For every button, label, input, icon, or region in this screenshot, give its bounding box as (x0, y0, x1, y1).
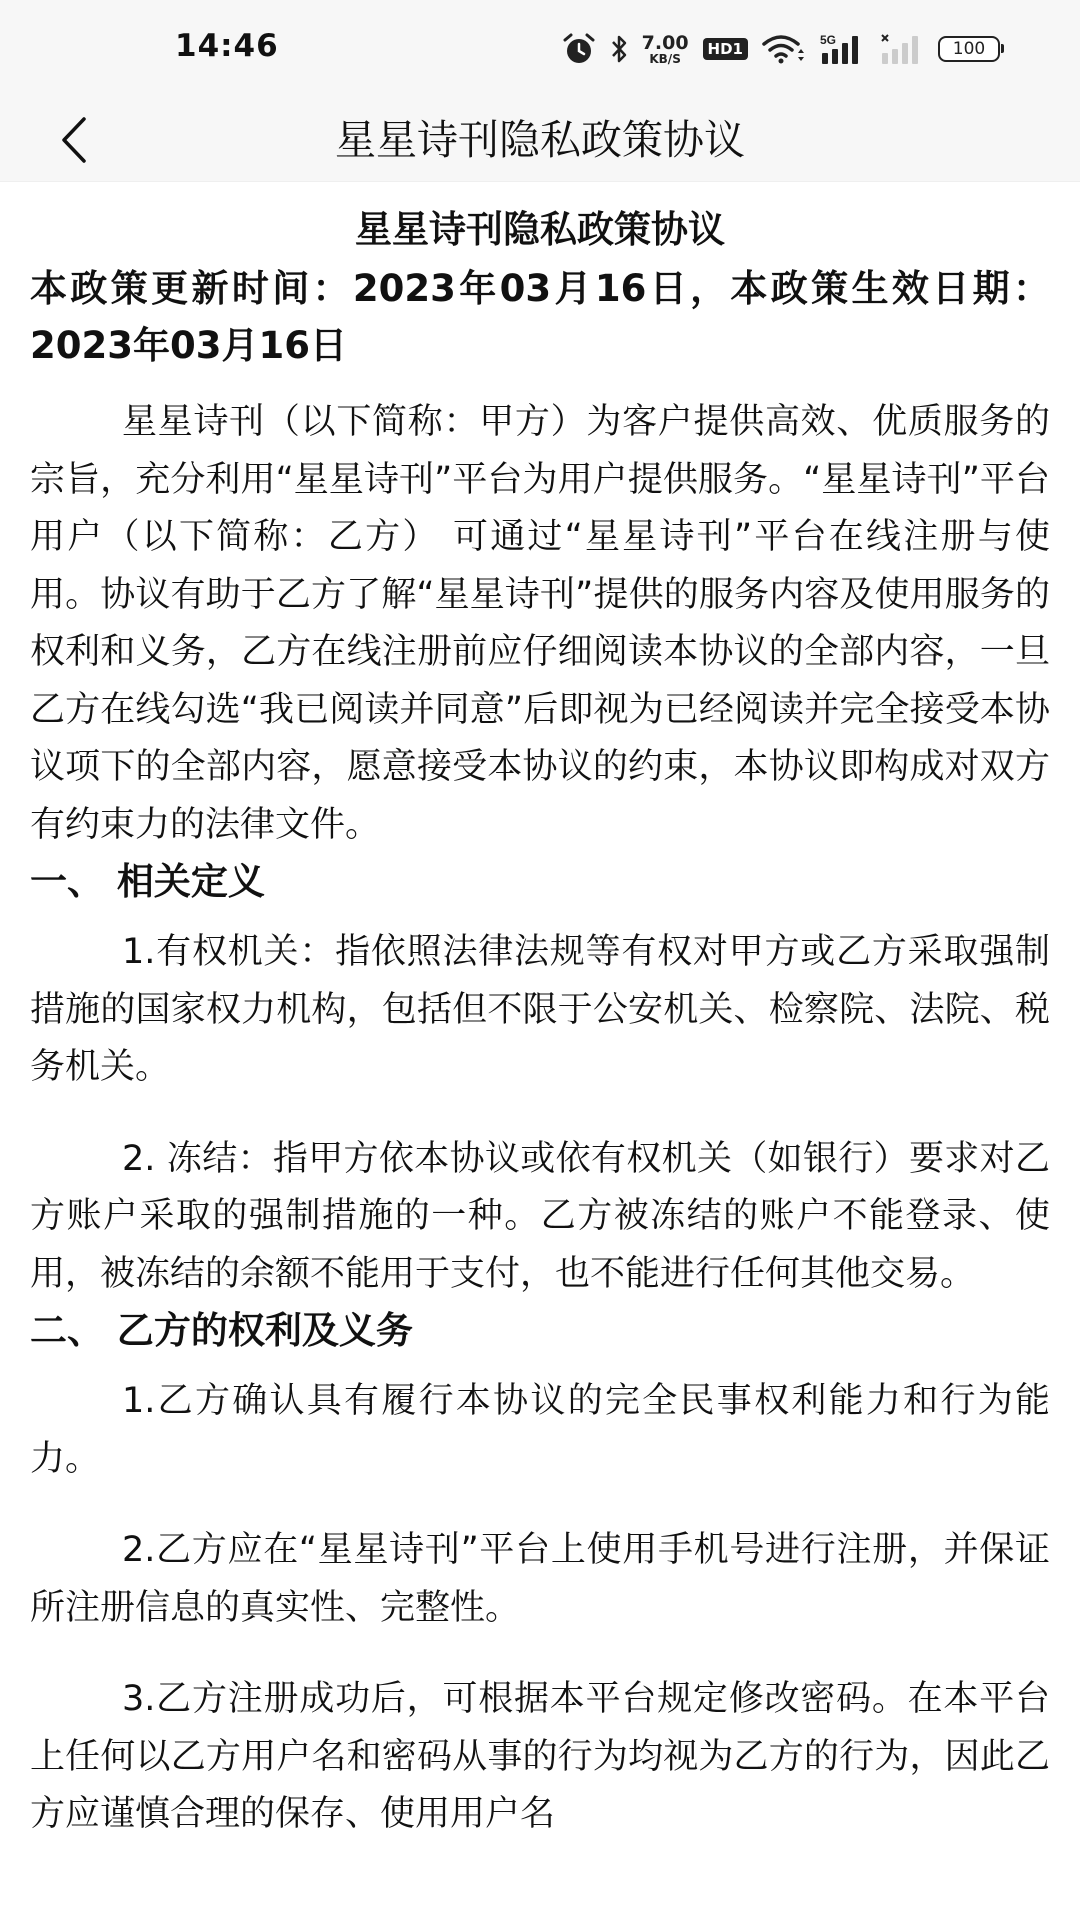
bluetooth-icon (610, 34, 628, 64)
clause: 2.乙方应在“星星诗刊”平台上使用手机号进行注册，并保证所注册信息的真实性、完整… (30, 1522, 1050, 1637)
wifi-icon (762, 34, 806, 64)
policy-dates: 本政策更新时间：2023年03月16日，本政策生效日期：2023年03月16日 (30, 260, 1050, 374)
document-title: 星星诗刊隐私政策协议 (30, 208, 1050, 252)
clause: 2. 冻结：指甲方依本协议或依有权机关（如银行）要求对乙方账户采取的强制措施的一… (30, 1131, 1050, 1304)
network-speed: 7.00 KB/S (642, 34, 689, 65)
alarm-icon (562, 33, 596, 65)
section-heading: 一、 相关定义 (30, 854, 1050, 910)
intro-paragraph: 星星诗刊（以下简称：甲方）为客户提供高效、优质服务的宗旨，充分利用“星星诗刊”平… (30, 394, 1050, 854)
signal-5g-icon: 5G (820, 33, 866, 65)
chevron-left-icon (56, 115, 92, 165)
clause: 1.有权机关：指依照法律法规等有权对甲方或乙方采取强制措施的国家权力机构，包括但… (30, 924, 1050, 1097)
page-title: 星星诗刊隐私政策协议 (0, 100, 1080, 181)
policy-document: 星星诗刊隐私政策协议 本政策更新时间：2023年03月16日，本政策生效日期：2… (0, 182, 1080, 1844)
status-icons: 7.00 KB/S HD1 5G (562, 28, 1000, 70)
back-button[interactable] (44, 108, 104, 172)
status-time: 14:46 (175, 28, 279, 64)
clause: 1.乙方确认具有履行本协议的完全民事权利能力和行为能力。 (30, 1373, 1050, 1488)
svg-text:5G: 5G (820, 33, 836, 47)
signal-no-sim-icon (880, 33, 924, 65)
clause: 3.乙方注册成功后，可根据本平台规定修改密码。在本平台上任何以乙方用户名和密码从… (30, 1671, 1050, 1844)
status-bar: 14:46 7.00 KB/S HD1 (0, 0, 1080, 100)
hd-voice-icon: HD1 (703, 38, 748, 60)
navigation-bar: 星星诗刊隐私政策协议 (0, 100, 1080, 182)
battery-icon: 100 (938, 36, 1000, 62)
section-heading: 二、 乙方的权利及义务 (30, 1303, 1050, 1359)
